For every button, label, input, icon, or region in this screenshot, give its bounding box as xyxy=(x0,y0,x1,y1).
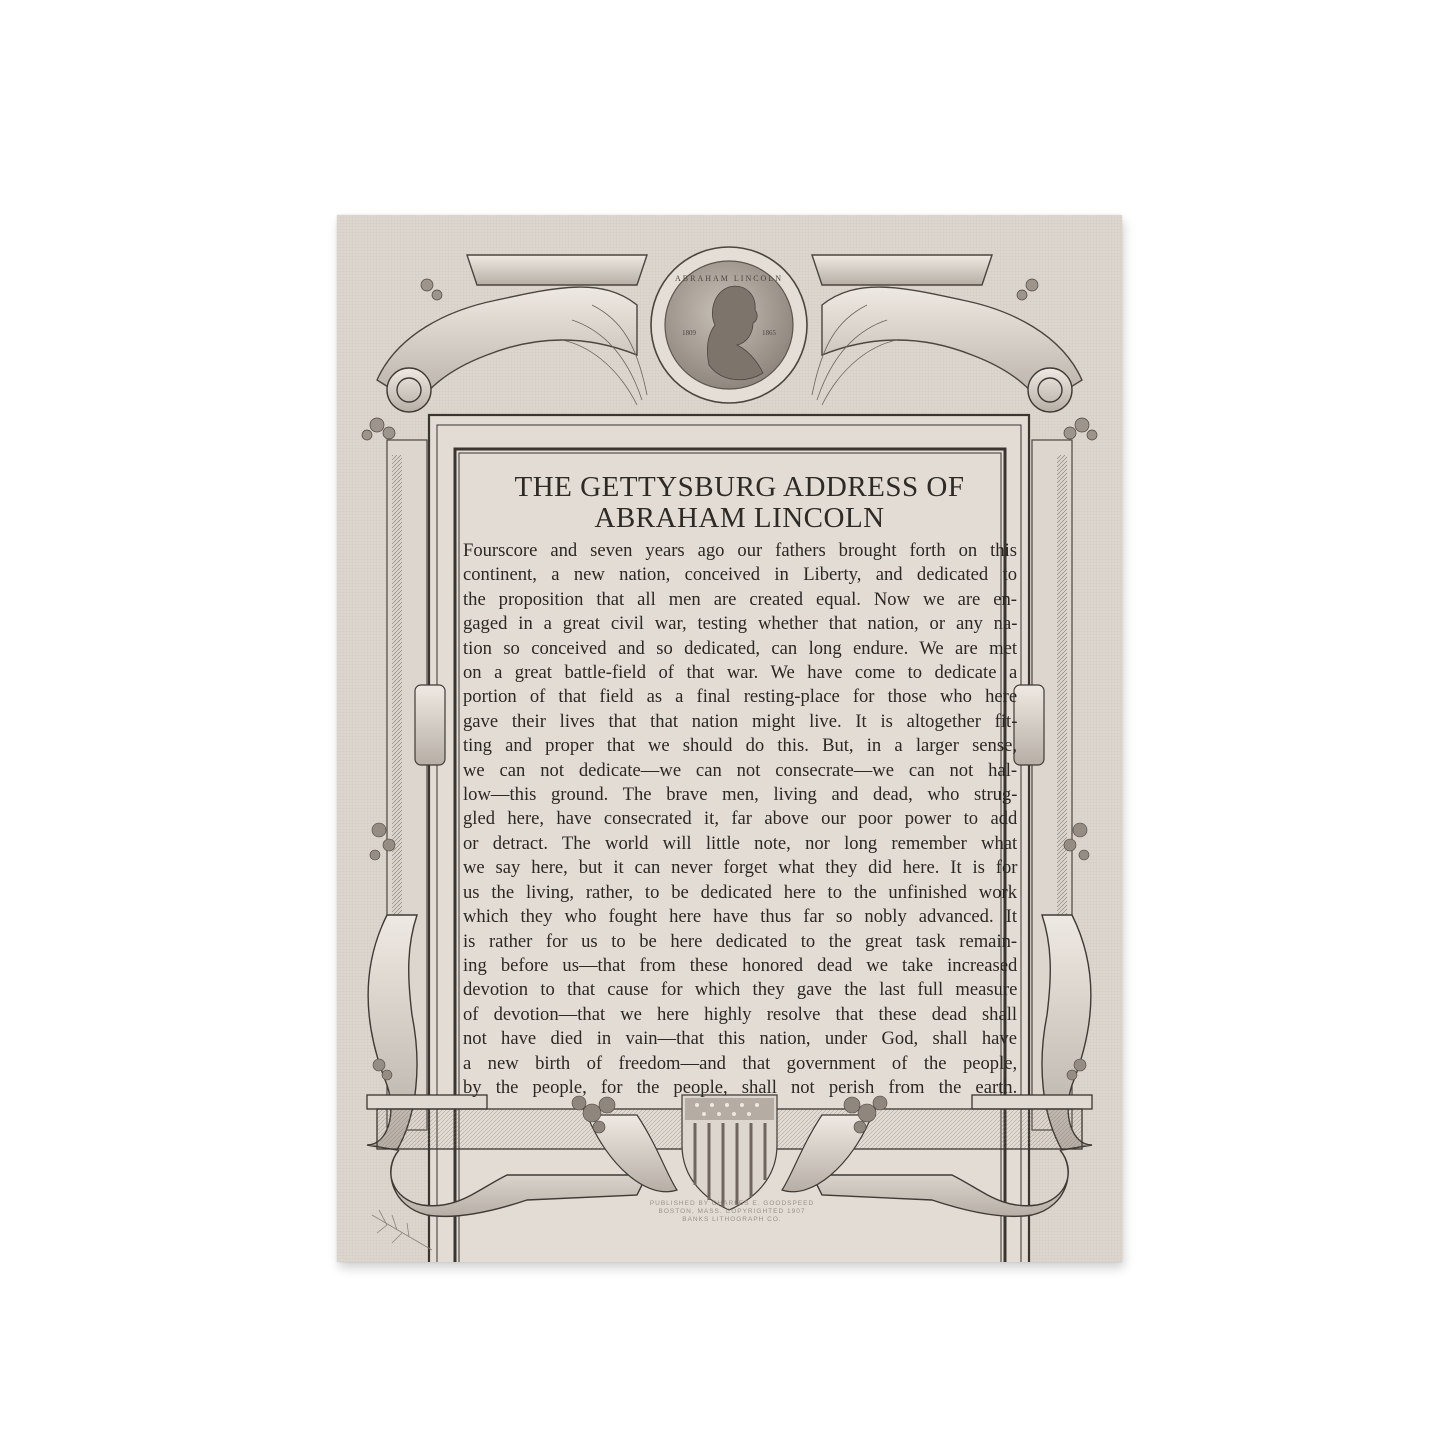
title-line-2: ABRAHAM LINCOLN xyxy=(458,503,1021,534)
address-line: is rather for us to be here dedicated to… xyxy=(463,930,1017,954)
address-line: not have died in vain—that this nation, … xyxy=(463,1027,1017,1051)
address-line: gled here, have consecrated it, far abov… xyxy=(463,807,1017,831)
address-line: ting and proper that we should do this. … xyxy=(463,734,1017,758)
address-line: a new birth of freedom—and that governme… xyxy=(463,1052,1017,1076)
publisher-imprint: PUBLISHED BY CHARLES E. GOODSPEED BOSTON… xyxy=(587,1200,877,1224)
poster-canvas: ABRAHAM LINCOLN 1809 1865 xyxy=(337,215,1122,1262)
publisher-line-1: PUBLISHED BY CHARLES E. GOODSPEED xyxy=(587,1200,877,1208)
address-line: portion of that field as a final resting… xyxy=(463,685,1017,709)
document-title: THE GETTYSBURG ADDRESS OF ABRAHAM LINCOL… xyxy=(458,472,1021,534)
svg-text:ABRAHAM LINCOLN: ABRAHAM LINCOLN xyxy=(675,274,783,283)
address-line: gaged in a great civil war, testing whet… xyxy=(463,612,1017,636)
address-line: us the living, rather, to be dedicated h… xyxy=(463,881,1017,905)
address-line: low—this ground. The brave men, living a… xyxy=(463,783,1017,807)
address-line: the proposition that all men are created… xyxy=(463,588,1017,612)
address-line: continent, a new nation, conceived in Li… xyxy=(463,563,1017,587)
address-line: which they who fought here have thus far… xyxy=(463,905,1017,929)
address-body: Fourscore and seven years ago our father… xyxy=(458,539,1021,1100)
svg-text:1809: 1809 xyxy=(682,329,697,337)
address-line: by the people, for the people, shall not… xyxy=(463,1076,1017,1100)
publisher-line-2: BOSTON, MASS. COPYRIGHTED 1907 xyxy=(587,1208,877,1216)
address-line: tion so conceived and so dedicated, can … xyxy=(463,637,1017,661)
address-line: we say here, but it can never forget wha… xyxy=(463,856,1017,880)
address-line: devotion to that cause for which they ga… xyxy=(463,978,1017,1002)
address-line: or detract. The world will little note, … xyxy=(463,832,1017,856)
address-text-panel: THE GETTYSBURG ADDRESS OF ABRAHAM LINCOL… xyxy=(458,453,1021,1309)
sprig-icon xyxy=(372,1210,432,1250)
address-line: on a great battle-field of that war. We … xyxy=(463,661,1017,685)
publisher-line-3: BANKS LITHOGRAPH CO. xyxy=(587,1216,877,1224)
svg-text:1865: 1865 xyxy=(762,329,777,337)
address-line: gave their lives that that nation might … xyxy=(463,710,1017,734)
address-line: we can not dedicate—we can not consecrat… xyxy=(463,759,1017,783)
title-line-1: THE GETTYSBURG ADDRESS OF xyxy=(458,472,1021,503)
address-line: of devotion—that we here highly resolve … xyxy=(463,1003,1017,1027)
address-line: Fourscore and seven years ago our father… xyxy=(463,539,1017,563)
lincoln-medallion-icon: ABRAHAM LINCOLN 1809 1865 xyxy=(651,247,807,403)
address-line: ing before us—that from these honored de… xyxy=(463,954,1017,978)
